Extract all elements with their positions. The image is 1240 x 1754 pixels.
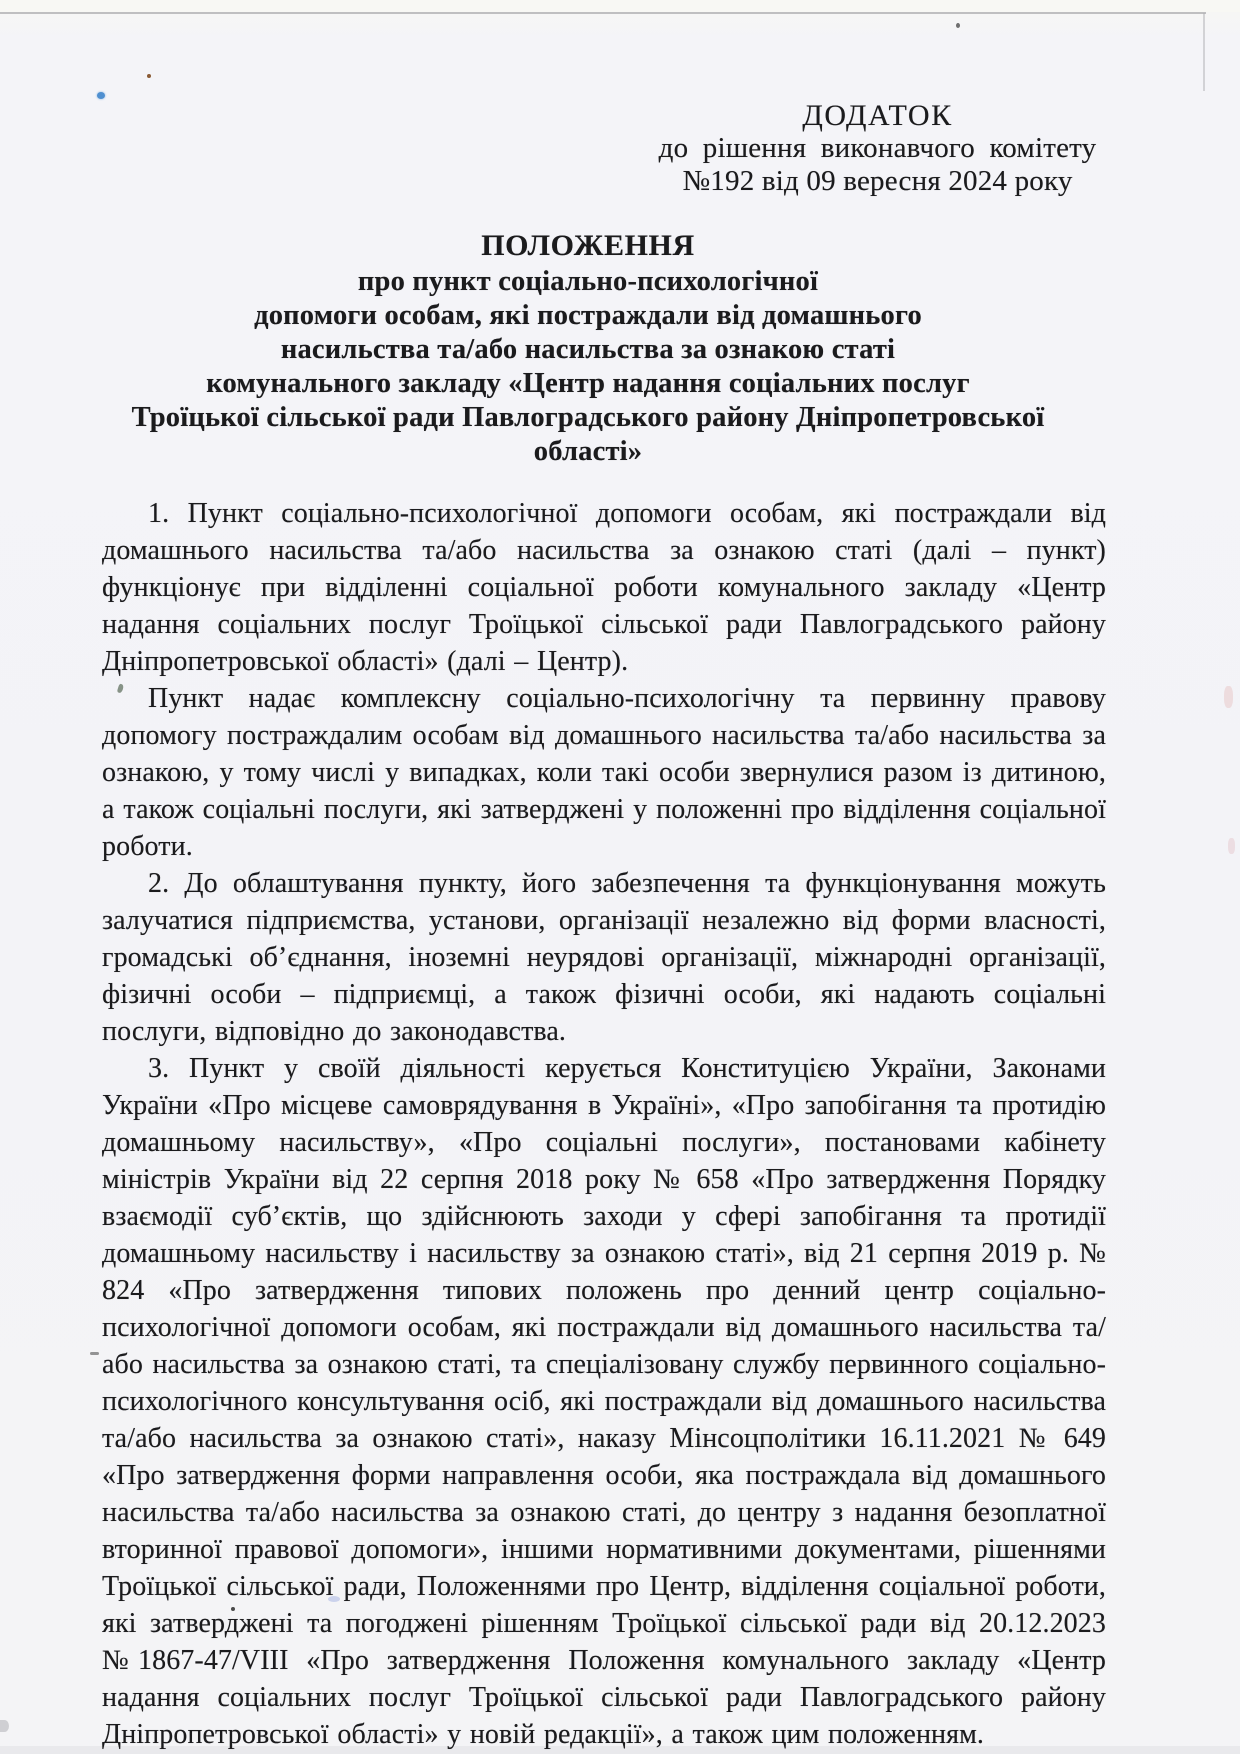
scan-artifact-blue-dot — [97, 92, 105, 99]
appendix-title: ДОДАТОК — [645, 99, 1110, 132]
title-line-6: області» — [88, 435, 1088, 469]
document-title-heading: ПОЛОЖЕННЯ — [88, 229, 1088, 265]
title-line-5: Троїцької сільської ради Павлоградського… — [88, 401, 1088, 435]
paragraph-4: 3. Пункт у своїй діяльності керується Ко… — [102, 1050, 1106, 1753]
title-line-2: допомоги особам, які постраждали від дом… — [88, 299, 1088, 333]
title-line-3: насильства та/або насильства за ознакою … — [88, 333, 1088, 367]
title-line-4: комунального закладу «Центр надання соці… — [88, 367, 1088, 401]
scan-artifact-smudge — [1228, 838, 1235, 854]
scan-artifact-mark — [90, 1352, 99, 1355]
decision-reference-line: до рішення виконавчого комітету — [645, 132, 1110, 165]
document-title: ПОЛОЖЕННЯ про пункт соціально-психологіч… — [88, 229, 1088, 469]
appendix-header: ДОДАТОК до рішення виконавчого комітету … — [645, 99, 1110, 198]
scan-artifact-smudge — [0, 1720, 9, 1732]
paragraph-3: 2. До облаштування пункту, його забезпеч… — [102, 865, 1106, 1050]
paragraph-2: Пункт надає комплексну соціально-психоло… — [102, 680, 1106, 865]
scanned-document-page: ДОДАТОК до рішення виконавчого комітету … — [0, 0, 1240, 1754]
title-line-1: про пункт соціально-психологічної — [88, 265, 1088, 299]
scan-artifact-smudge — [1224, 686, 1233, 708]
document-body: 1. Пункт соціально-психологічної допомог… — [102, 495, 1106, 1753]
scan-top-strip — [0, 0, 1240, 12]
scan-right-edge-line — [1203, 13, 1205, 91]
paragraph-1: 1. Пункт соціально-психологічної допомог… — [102, 495, 1106, 680]
scan-artifact-speck — [147, 74, 151, 78]
scan-top-edge-line — [0, 12, 1206, 14]
decision-number-line: №192 від 09 вересня 2024 року — [645, 165, 1110, 198]
scan-artifact-speck — [956, 23, 960, 28]
